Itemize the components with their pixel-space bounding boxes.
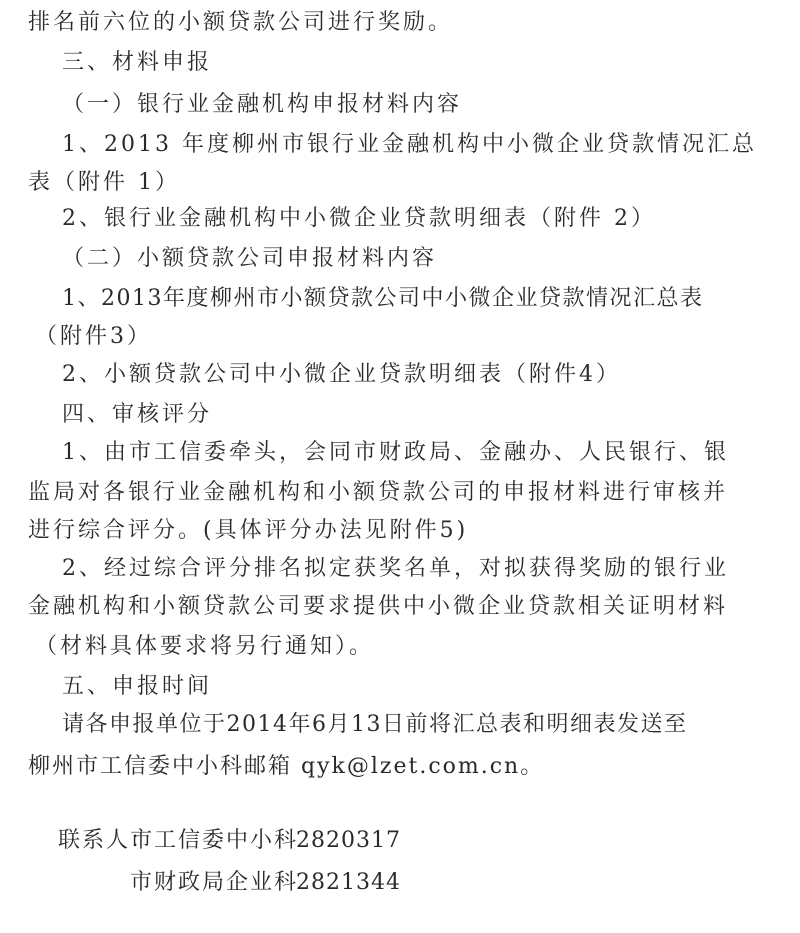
text-line: （材料具体要求将另行通知）。 [35, 632, 374, 662]
text-line: 2、小额贷款公司中小微企业贷款明细表（附件4） [62, 360, 621, 390]
contact-org: 市工信委中小科 [130, 826, 298, 856]
text-line: 进行综合评分。(具体评分办法见附件5) [28, 516, 468, 546]
section-heading-materials: 三、材料申报 [62, 48, 212, 78]
text-line: 1、2013 年度柳州市银行业金融机构中小微企业贷款情况汇总 [62, 130, 757, 160]
subsection-heading-banks: （一）银行业金融机构申报材料内容 [62, 90, 462, 120]
contact-org: 市财政局企业科 [130, 868, 298, 898]
section-heading-review: 四、审核评分 [62, 400, 212, 430]
text-line: 金融机构和小额贷款公司要求提供中小微企业贷款相关证明材料 [28, 592, 728, 622]
text-line: 排名前六位的小额贷款公司进行奖励。 [28, 8, 453, 38]
text-line: 表（附件 1） [28, 168, 180, 198]
text-line: 1、由市工信委牵头，会同市财政局、金融办、人民银行、银 [62, 438, 729, 468]
text-line: 2、经过综合评分排名拟定获奖名单，对拟获得奖励的银行业 [62, 554, 729, 584]
contact-phone: 2820317 [296, 826, 401, 856]
document-page: 排名前六位的小额贷款公司进行奖励。 三、材料申报 （一）银行业金融机构申报材料内… [0, 0, 800, 933]
text-line: 请各申报单位于2014年6月13日前将汇总表和明细表发送至 [62, 710, 687, 740]
text-line: 监局对各银行业金融机构和小额贷款公司的申报材料进行审核并 [28, 478, 728, 508]
email-line: 柳州市工信委中小科邮箱 qyk@lzet.com.cn。 [28, 752, 544, 782]
section-heading-deadline: 五、申报时间 [62, 672, 212, 702]
subsection-heading-microloan: （二）小额贷款公司申报材料内容 [62, 244, 437, 274]
text-line: 1、2013年度柳州市小额贷款公司中小微企业贷款情况汇总表 [62, 284, 704, 314]
contact-phone: 2821344 [296, 868, 401, 898]
text-line: （附件3） [35, 322, 152, 352]
text-line: 2、银行业金融机构中小微企业贷款明细表（附件 2） [62, 204, 656, 234]
